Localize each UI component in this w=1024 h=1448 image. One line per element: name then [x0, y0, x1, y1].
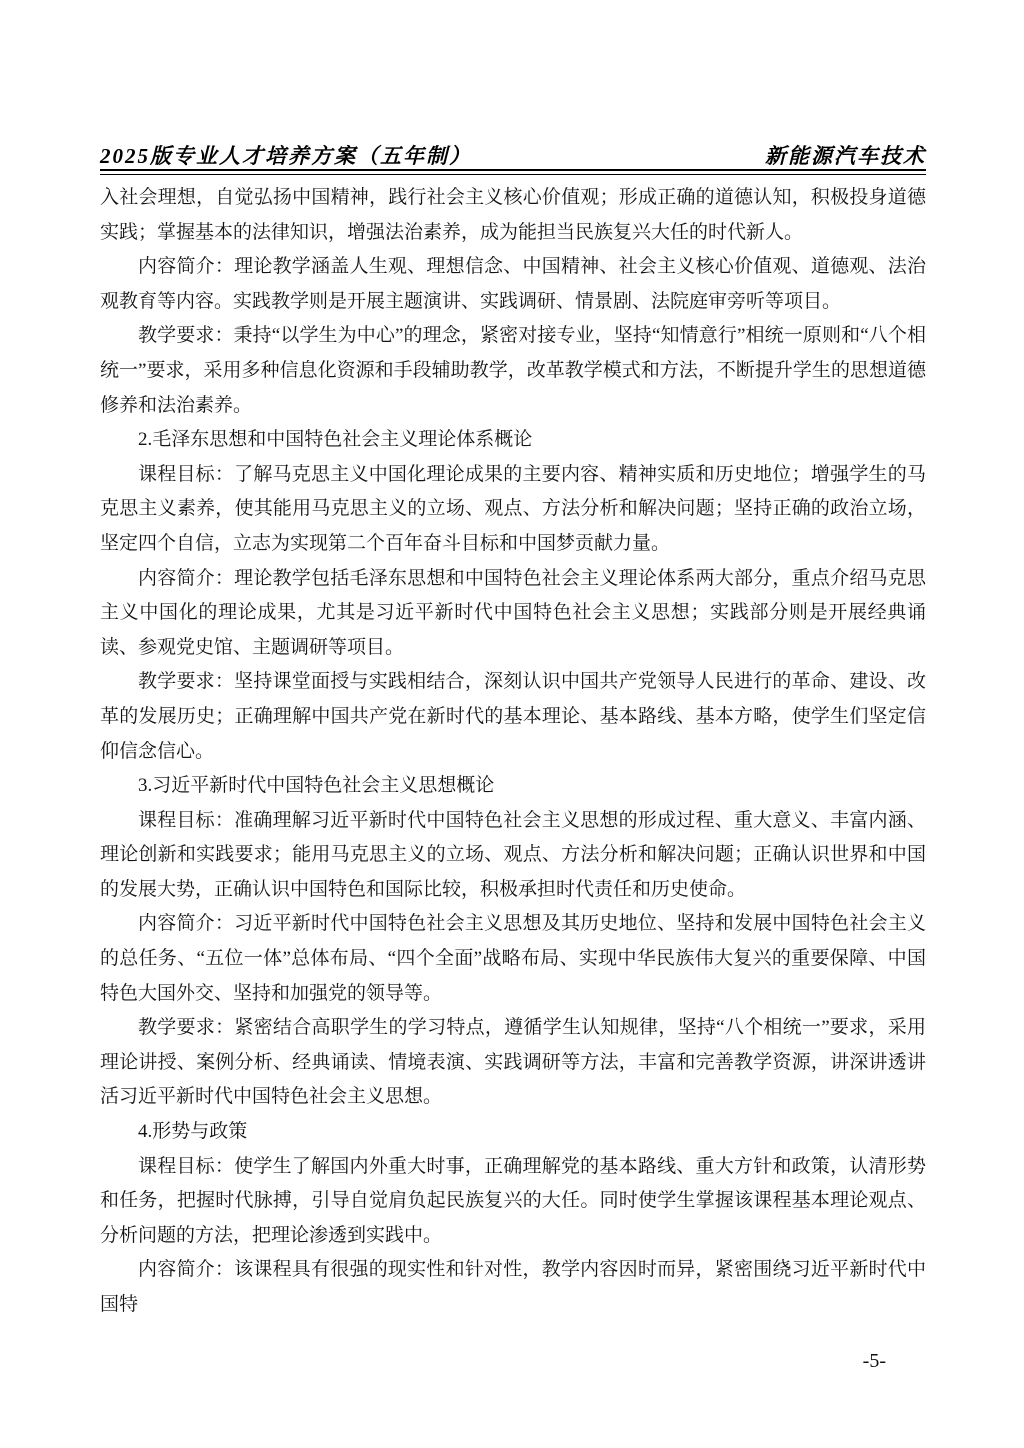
paragraph: 课程目标：准确理解习近平新时代中国特色社会主义思想的形成过程、重大意义、丰富内涵… [100, 804, 926, 908]
page-number: -5- [863, 1350, 886, 1372]
paragraph: 2.毛泽东思想和中国特色社会主义理论体系概论 [100, 423, 926, 458]
paragraph: 教学要求：坚持课堂面授与实践相结合，深刻认识中国共产党领导人民进行的革命、建设、… [100, 665, 926, 769]
page-footer: -5- [100, 1350, 926, 1373]
paragraph: 内容简介：习近平新时代中国特色社会主义思想及其历史地位、坚持和发展中国特色社会主… [100, 907, 926, 1011]
document-page: 2025版专业人才培养方案（五年制） 新能源汽车技术 入社会理想，自觉弘扬中国精… [0, 0, 1024, 1448]
paragraph: 内容简介：该课程具有很强的现实性和针对性，教学内容因时而异，紧密围绕习近平新时代… [100, 1253, 926, 1322]
header-title-right: 新能源汽车技术 [765, 140, 926, 170]
paragraph: 教学要求：紧密结合高职学生的学习特点，遵循学生认知规律，坚持“八个相统一”要求，… [100, 1011, 926, 1115]
paragraph: 教学要求：秉持“以学生为中心”的理念，紧密对接专业，坚持“知情意行”相统一原则和… [100, 319, 926, 423]
paragraph: 课程目标：了解马克思主义中国化理论成果的主要内容、精神实质和历史地位；增强学生的… [100, 458, 926, 562]
paragraph: 4.形势与政策 [100, 1115, 926, 1150]
paragraph: 入社会理想，自觉弘扬中国精神，践行社会主义核心价值观；形成正确的道德认知，积极投… [100, 181, 926, 250]
document-body: 入社会理想，自觉弘扬中国精神，践行社会主义核心价值观；形成正确的道德认知，积极投… [100, 181, 926, 1323]
paragraph: 3.习近平新时代中国特色社会主义思想概论 [100, 769, 926, 804]
header-divider [100, 169, 926, 175]
paragraph: 内容简介：理论教学涵盖人生观、理想信念、中国精神、社会主义核心价值观、道德观、法… [100, 250, 926, 319]
paragraph: 课程目标：使学生了解国内外重大时事，正确理解党的基本路线、重大方针和政策，认清形… [100, 1150, 926, 1254]
page-header: 2025版专业人才培养方案（五年制） 新能源汽车技术 [100, 140, 926, 170]
header-title-left: 2025版专业人才培养方案（五年制） [100, 140, 472, 170]
paragraph: 内容简介：理论教学包括毛泽东思想和中国特色社会主义理论体系两大部分，重点介绍马克… [100, 562, 926, 666]
